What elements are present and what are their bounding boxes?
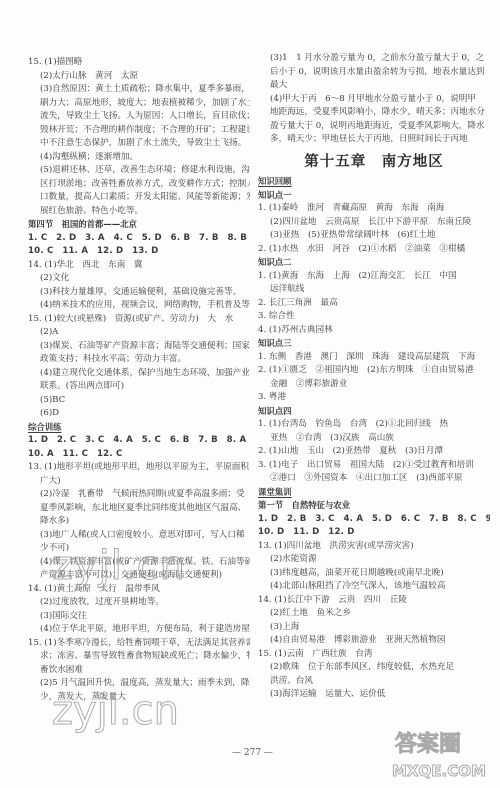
answer-line: (2)太行山脉 黄河 太原 [28,70,250,84]
answer-line: 14. (1)长江中下游 云贵 四川 丘陵 [258,594,490,608]
answer-line: 远洋航线 [258,283,490,297]
answer-line: (2)文化 [28,272,250,286]
answer-line: (5)退耕还林、还草，改善生态环境；修建水利设施，沟壑 [28,164,250,178]
answer-line: (3)自然原因：黄土土质疏松；降水集中，夏季多暴雨，冲 [28,83,250,97]
right-top-answers: (3)1 1 月水分盈亏量为 0，之前水分盈亏量大于 0，之后小于 0，说明该月… [258,52,490,147]
answer-line: 2. 长江三角洲 最高 [258,297,490,311]
answer-line: 13. (1)地形平坦(或地形平坦，地形以平原为主，平原面积 [28,461,250,475]
answer-line: 求；冻害、暴雪导致牲畜食物短缺或死亡；降水偏少，牲 [28,650,250,664]
section-heading: 知识点三 [258,337,490,351]
answer-line: 盈亏量大于 0，说明丙地距海近，受夏季风影响大，降水 [258,120,490,134]
answer-line: 1. (1)秦岭 淮河 青藏高原 黄海 东海 南海 [258,202,490,216]
multiple-choice-answers: 1. D 2. C 3. C 4. A 5. C 6. B 7. B 8. A … [28,434,250,448]
answer-line: (2)歌珠 位于东部季风区，纬度较低，水热充足 [258,661,490,675]
multiple-choice-answers: 10. C 11. A 12. D 13. D [28,245,250,259]
section-heading: 第四节 祖国的首都——北京 [28,218,250,232]
answer-line: (2)过度放牧，过度开垦耕地等。 [28,596,250,610]
answer-line: 洪涝、台风 [258,675,490,689]
answer-line: (2)A [28,326,250,340]
answer-line: 2. (1)水热 水田 河谷 (2)①水稻 ②油菜 ③柑橘 [258,243,490,257]
answer-line: 15. (1)描图略 [28,56,250,70]
answer-line: ②港口 ③外国资本 ④出口加工区 (3)西部平原 [258,472,490,486]
multiple-choice-answers: 10. D 11. D 12. D [258,526,490,540]
answer-line: 15. (1)较大(或悬殊) 资源(或矿产、劳动力) 大 水 [28,313,250,327]
answer-line: (3)地广人稀(或人口密度较小。意思对即可，写人口稀 [28,529,250,543]
right-main-answers: 知识回顾知识点一1. (1)秦岭 淮河 青藏高原 黄海 东海 南海(2)四川盆地… [258,175,490,702]
answer-line: 联系。(答出两点即可) [28,380,250,394]
answer-line: (2)四川盆地 云贵高原 长江中下游平原 东南丘陵 [258,216,490,230]
section-heading: 知识点四 [258,405,490,419]
answer-line: 中不注意生态保护，加剧了水土流失，导致尘土飞扬。 [28,137,250,151]
answer-line: 15. (1)云南 广西壮族 台湾 [258,648,490,662]
multiple-choice-answers: 1. C 2. D 3. A 4. C 5. D 6. B 7. B 8. B … [28,232,250,246]
chapter-title: 第十五章 南方地区 [258,155,490,169]
answer-line: 2. (1)①匮乏 ②祖国内地 (2)东方明珠 ①自由贸易港 [258,364,490,378]
watermark-zyjl-2: zyjl.cn [52,705,179,719]
answer-line: 最大 [258,79,490,93]
answer-line: 14. (1)华北 西北 东南 冀 [28,259,250,273]
answer-line: 展红色旅游、特色小吃等。 [28,205,250,219]
answer-line: (3)科技力量雄厚，交通运输便利，基础设施完善等。 [28,286,250,300]
section-label: 综合训练 [28,421,250,435]
answer-line: 2. (1)山地 玉山 (2)亚热带 夏秋 (3)日月潭 [258,445,490,459]
answer-line: 1. (1)黄海 东海 上海 (2)江海交汇 长江 中国 [258,270,490,284]
multiple-choice-answers: 1. D 2. B 3. C 4. A 5. D 6. C 7. B 8. C … [258,513,490,527]
answer-line: 15. (1)冬季寒冷漫长，给牲畜饲喂干草，无法满足其营养需 [28,637,250,651]
answer-line: 流失，导致尘土飞扬。人为原因：人口增长，盲目砍伐； [28,110,250,124]
answer-line: (3)国际交往 [28,610,250,624]
answer-line: (3)纬度越高，油菜开花日期越晚(或南早北晚) [258,567,490,581]
answer-line: 广大) [28,475,250,489]
answer-line: (4)自由贸易港 博彩旅游业 亚洲天然植物园 [258,634,490,648]
answer-line: 3. 综合性 [258,310,490,324]
answer-line: (2)冷湿 乳畜带 气候雨热同期(或夏季高温多雨；受 [28,488,250,502]
answer-line: (4)建立现代化交通体系，保护当地生态环境，加强产业 [28,367,250,381]
answer-line: (4)沟壑纵横；逐渐增加。 [28,151,250,165]
answer-line: (4)甲大于丙 6～8 月甲地水分盈亏量小于 0，说明甲 [258,93,490,107]
watermark-answer-circle: 答案圈 [395,738,461,752]
answer-line: 口数量，提高人口素质；开发太阳能、风能等新能源；发 [28,191,250,205]
watermark-mxqe: MXQE.COM [392,765,486,779]
answer-line: 4. (1)苏州古典园林 [258,324,490,338]
answer-line: 地距海远，受夏季风影响小，降水少，晴天多；丙地水分 [258,106,490,120]
section-label: 知识回顾 [258,175,490,189]
multiple-choice-answers: 10. A 11. C 12. C [28,448,250,462]
answer-line: 后小于 0，说明该月水量由盈余转为亏损，地表水量达到 [258,66,490,80]
answer-line: 政策支持；科技水平高；劳动力丰富。 [28,353,250,367]
answer-line: (3)上海 [258,621,490,635]
answer-line: 亚热 ②台湾 (3)汉族 高山族 [258,432,490,446]
answer-line: (2)红土地 鱼米之乡 [258,607,490,621]
section-heading: 知识点二 [258,256,490,270]
answer-line: 3. 粤港 [258,391,490,405]
answer-line: (3)亚热 (5)亚热带常绿阔叶林 (6)红土地 [258,229,490,243]
answer-line: 毁林开荒；不合理的耕作制度；不合理的开矿；工程建设 [28,124,250,138]
section-heading: 第一节 自然特征与农业 [258,499,490,513]
answer-line: 夏季风影响，东北地区夏季比同纬度其他地区气温高、 [28,502,250,516]
answer-line: 13. (1)四川盆地 洪涝灾害(或旱涝灾害) [258,540,490,554]
section-label: 课堂集训 [258,486,490,500]
answer-line: 刷力大；高原地形，坡度大；地表植被稀少，加剧了水土 [28,97,250,111]
answer-line: 区打坝淤地；改善牲畜放养方式，改变耕作方式；控制人 [28,178,250,192]
answer-line: 畜饮水困难 [28,664,250,678]
answer-line: 降水多) [28,515,250,529]
answer-line: (3)海洋运输 运量大、运价低 [258,688,490,702]
answer-line: (4)纳米技术的应用，视频会议，网络购物，手机普及等。 [28,299,250,313]
right-column: (3)1 1 月水分盈亏量为 0，之前水分盈亏量大于 0，之后小于 0，说明该月… [258,52,490,702]
answer-line: 1. (1)台湾岛 钓鱼岛 台湾 (2)①北回归线 热 [258,418,490,432]
answer-line: (6)D [28,407,250,421]
left-column: 15. (1)描图略(2)太行山脉 黄河 太原(3)自然原因：黄土土质疏松；降水… [28,56,250,704]
answer-line: 金融 ②博彩旅游业 [258,378,490,392]
watermark-zyjl-1: zyjl.cn [52,560,186,574]
answer-line: (3)煤炭、石油等矿产资源丰富；海陆等交通便利；国家 [28,340,250,354]
answer-line: 3. (1)电子 出口贸易 祖国大陆 (2)①受过教育和培训 [258,459,490,473]
answer-line: (3)1 1 月水分盈亏量为 0，之前水分盈亏量大于 0，之 [258,52,490,66]
answer-line: 1. 东侧 香港 澳门 深圳 珠海 建设高层建筑 下海 [258,351,490,365]
answer-line: (2)水能资源 [258,553,490,567]
section-heading: 知识点一 [258,189,490,203]
answer-line: (4)位于华北平原，地形平坦，方便布局，利于建造房屋。 [28,623,250,637]
answer-line: (4)北部山脉阻挡了冷空气深入，该地气温较高 [258,580,490,594]
answer-line: 多，晴天少；甲地昼长大于丙地，日照时间长于丙地 [258,133,490,147]
page-number: — 277 — [232,747,273,761]
answer-line: (5)BC [28,394,250,408]
